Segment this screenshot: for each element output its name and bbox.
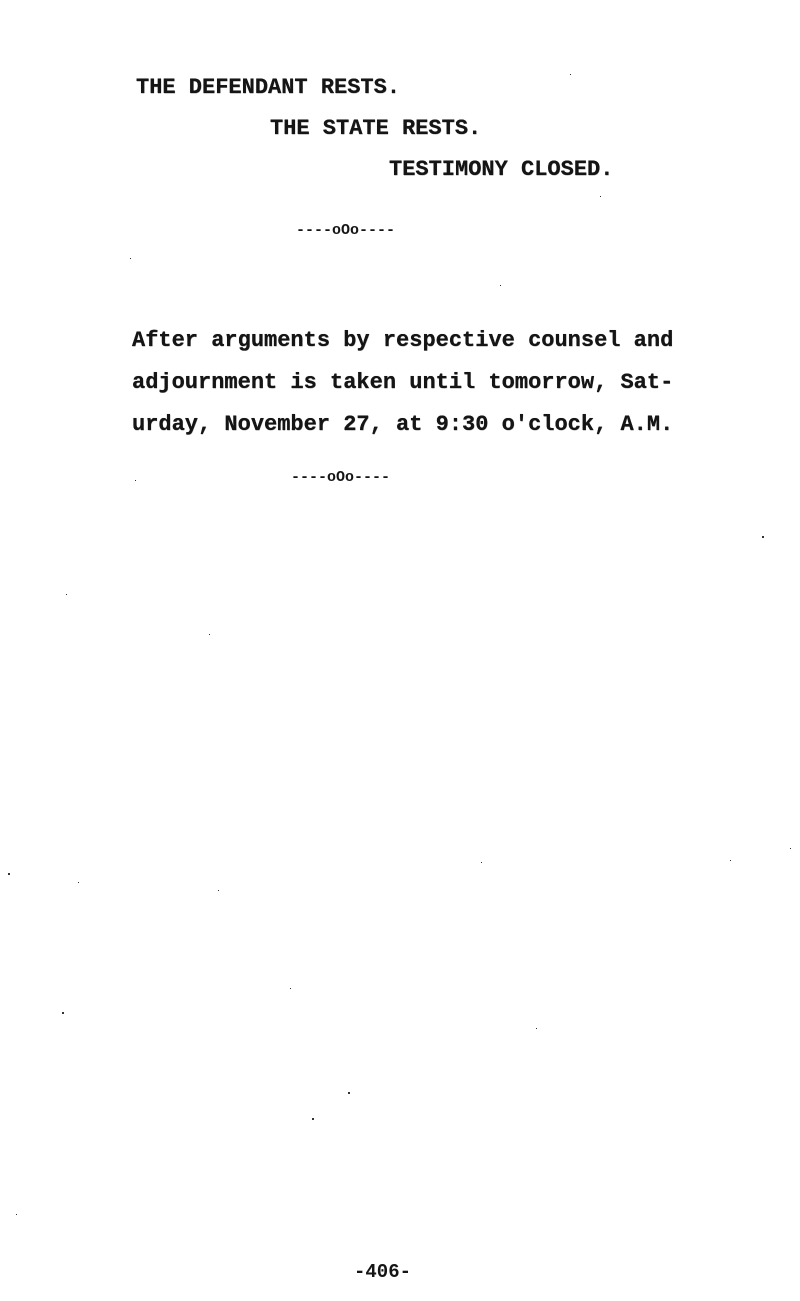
testimony-closed-line: TESTIMONY CLOSED. <box>389 158 613 182</box>
paragraph-line: After arguments by respective counsel an… <box>132 320 732 362</box>
scan-speck <box>66 594 67 595</box>
scan-speck <box>790 848 791 849</box>
paragraph-line: urday, November 27, at 9:30 o'clock, A.M… <box>132 404 732 446</box>
scan-speck <box>762 536 764 538</box>
section-separator-bottom: ----oOo---- <box>291 470 390 486</box>
scan-speck <box>730 860 731 861</box>
scan-speck <box>570 74 571 75</box>
adjournment-paragraph: After arguments by respective counsel an… <box>132 320 732 446</box>
scan-speck <box>218 890 219 891</box>
scan-speck <box>500 285 501 286</box>
scan-speck <box>536 1028 537 1029</box>
scan-speck <box>130 258 131 259</box>
defendant-rests-line: THE DEFENDANT RESTS. <box>136 76 400 100</box>
scan-speck <box>600 196 601 197</box>
paragraph-line: adjournment is taken until tomorrow, Sat… <box>132 362 732 404</box>
page-number: -406- <box>354 1261 411 1283</box>
scan-speck <box>62 1012 64 1014</box>
scan-speck <box>8 873 10 875</box>
scan-speck <box>348 1092 350 1094</box>
scan-speck <box>78 882 79 883</box>
scan-speck <box>312 1118 314 1120</box>
scan-speck <box>481 862 482 863</box>
state-rests-line: THE STATE RESTS. <box>270 117 481 141</box>
scan-speck <box>209 634 210 635</box>
section-separator-top: ----oOo---- <box>296 223 395 239</box>
scan-speck <box>135 480 136 481</box>
scan-speck <box>290 988 291 989</box>
document-page: THE DEFENDANT RESTS. THE STATE RESTS. TE… <box>0 0 800 1301</box>
scan-speck <box>16 1214 17 1215</box>
